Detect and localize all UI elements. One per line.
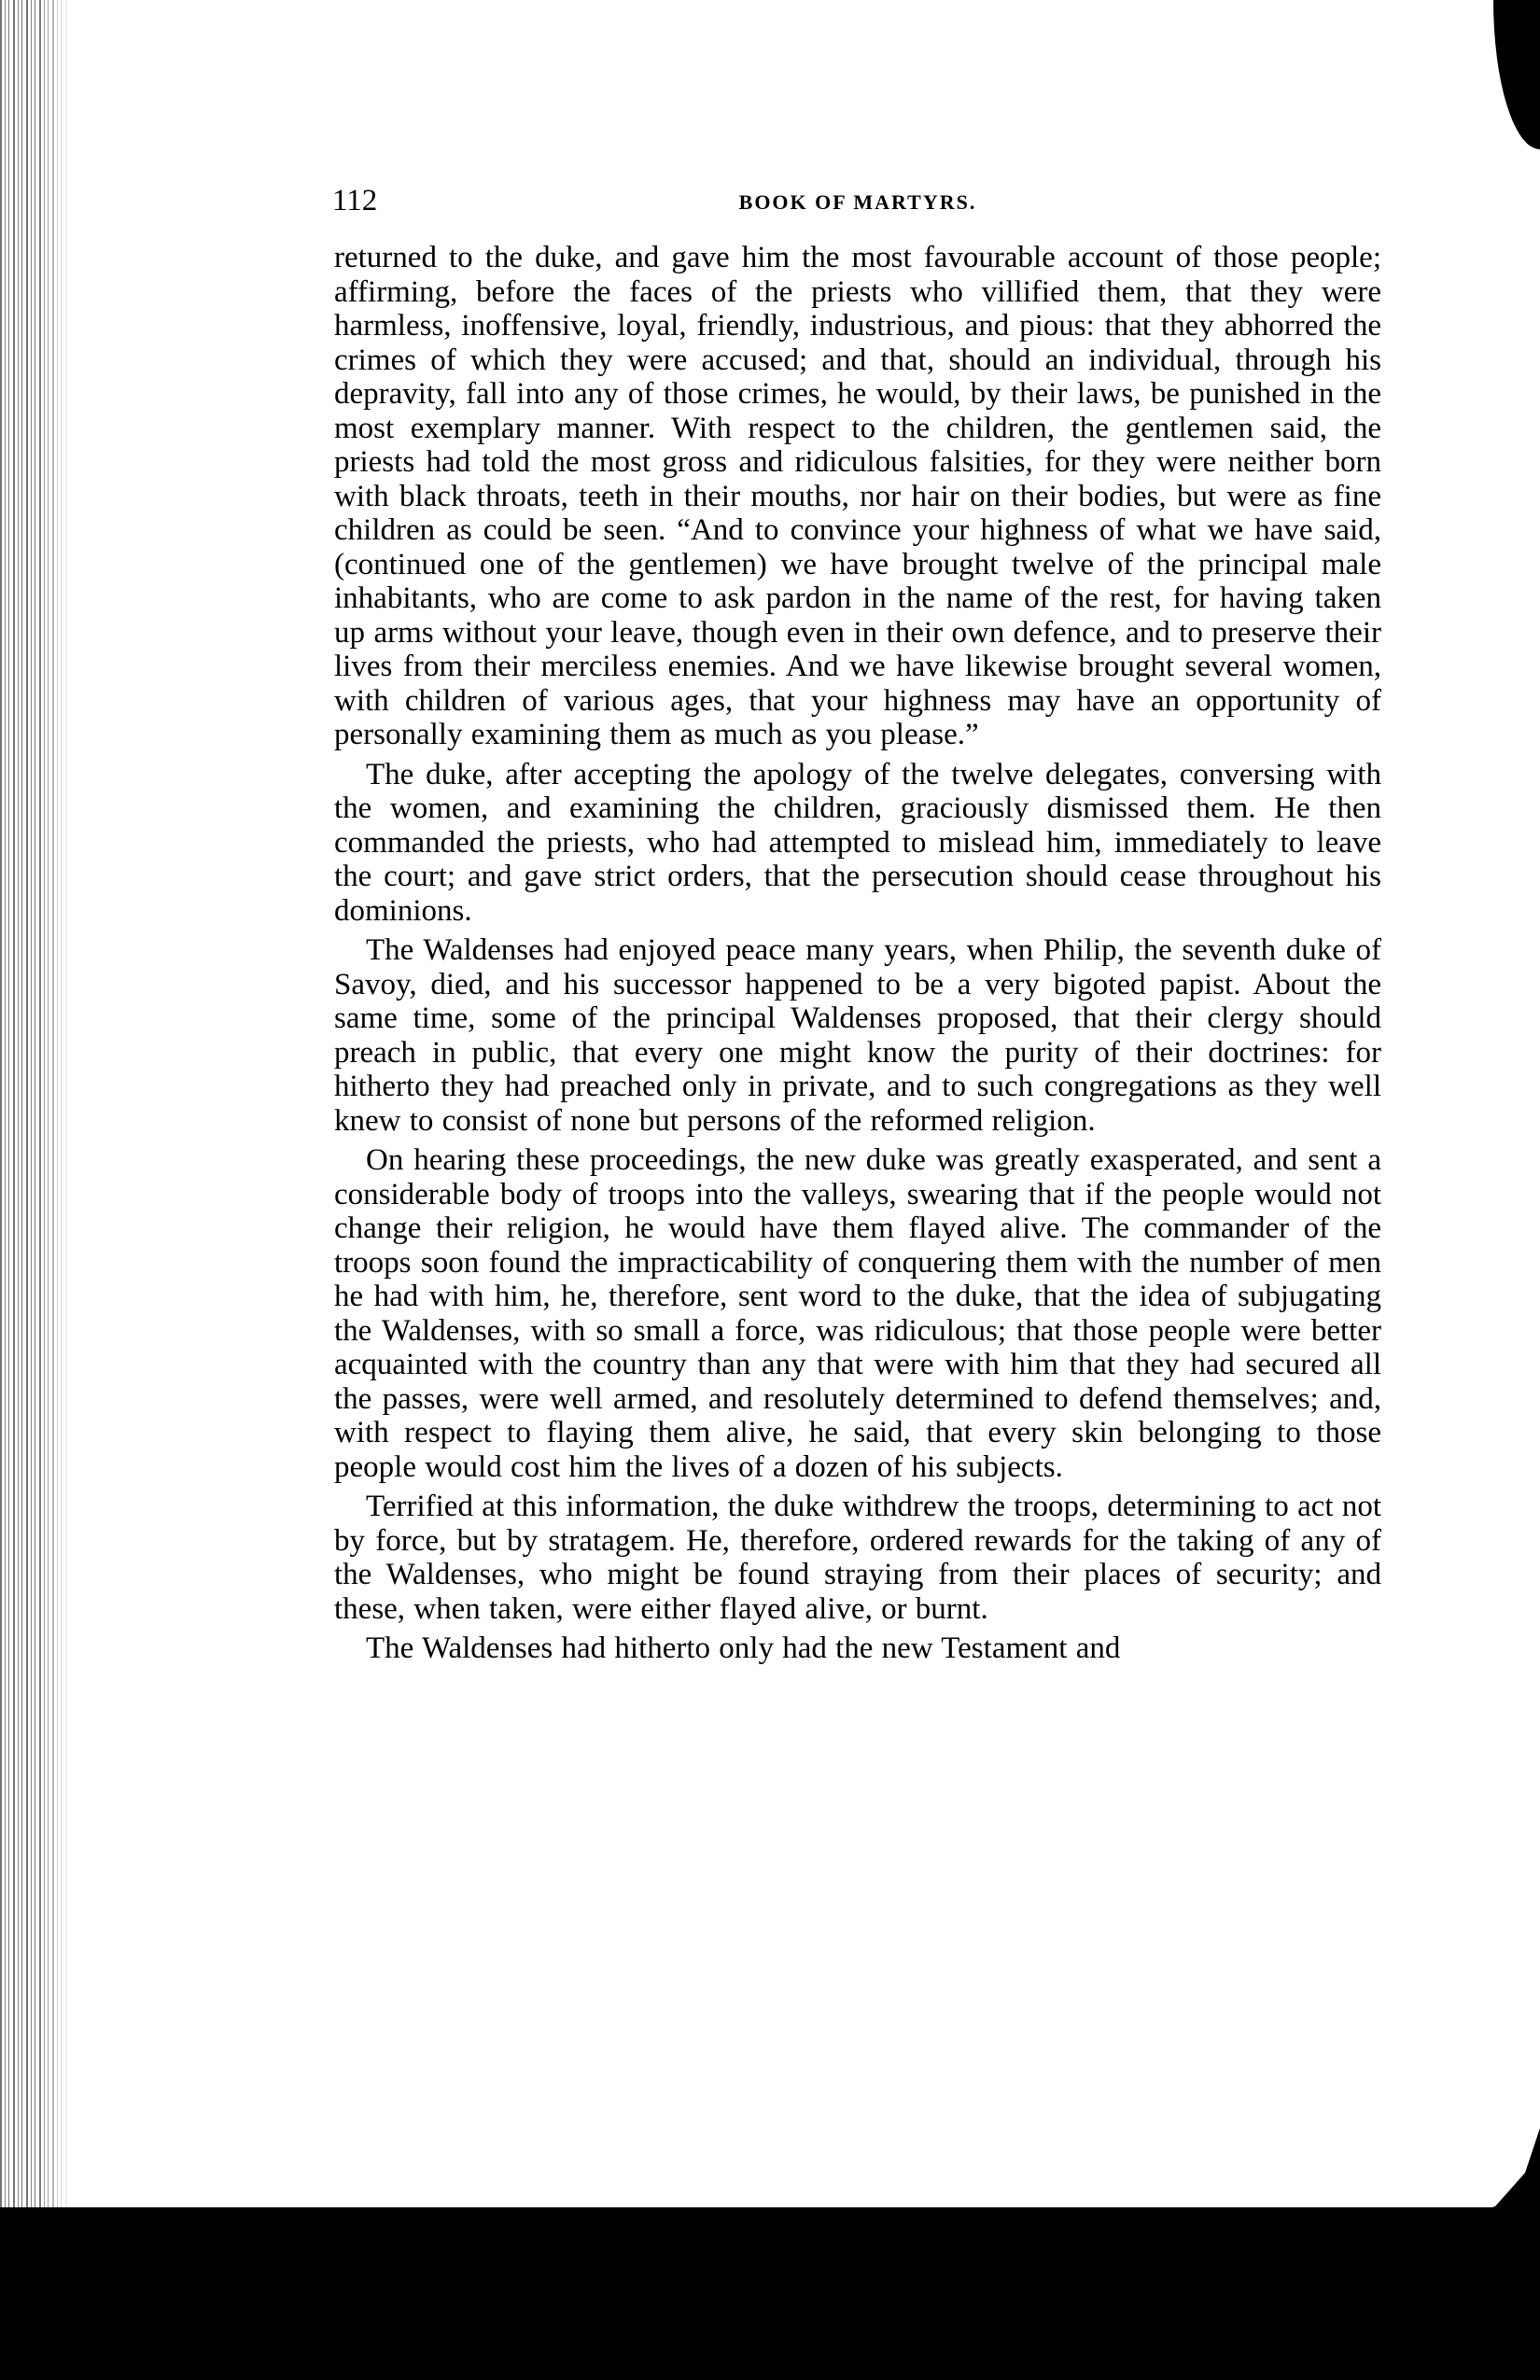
running-head: 112 BOOK OF MARTYRS. bbox=[334, 179, 1381, 222]
paragraph: The duke, after accepting the apology of… bbox=[334, 758, 1381, 929]
paragraph-continued: returned to the duke, and gave him the m… bbox=[334, 241, 1381, 752]
scan-bottom-border bbox=[0, 2207, 1540, 2380]
paragraph-trailing: The Waldenses had hitherto only had the … bbox=[334, 1631, 1381, 1666]
binding-shadow bbox=[37, 0, 70, 2380]
book-page: 112 BOOK OF MARTYRS. returned to the duk… bbox=[334, 179, 1381, 1672]
paragraph: On hearing these proceedings, the new du… bbox=[334, 1143, 1381, 1484]
paragraph: The Waldenses had enjoyed peace many yea… bbox=[334, 933, 1381, 1138]
scan-corner-shadow bbox=[1493, 0, 1540, 149]
body-text: returned to the duke, and gave him the m… bbox=[334, 241, 1381, 1666]
paragraph: Terrified at this information, the duke … bbox=[334, 1490, 1381, 1626]
running-head-title: BOOK OF MARTYRS. bbox=[334, 181, 1381, 224]
